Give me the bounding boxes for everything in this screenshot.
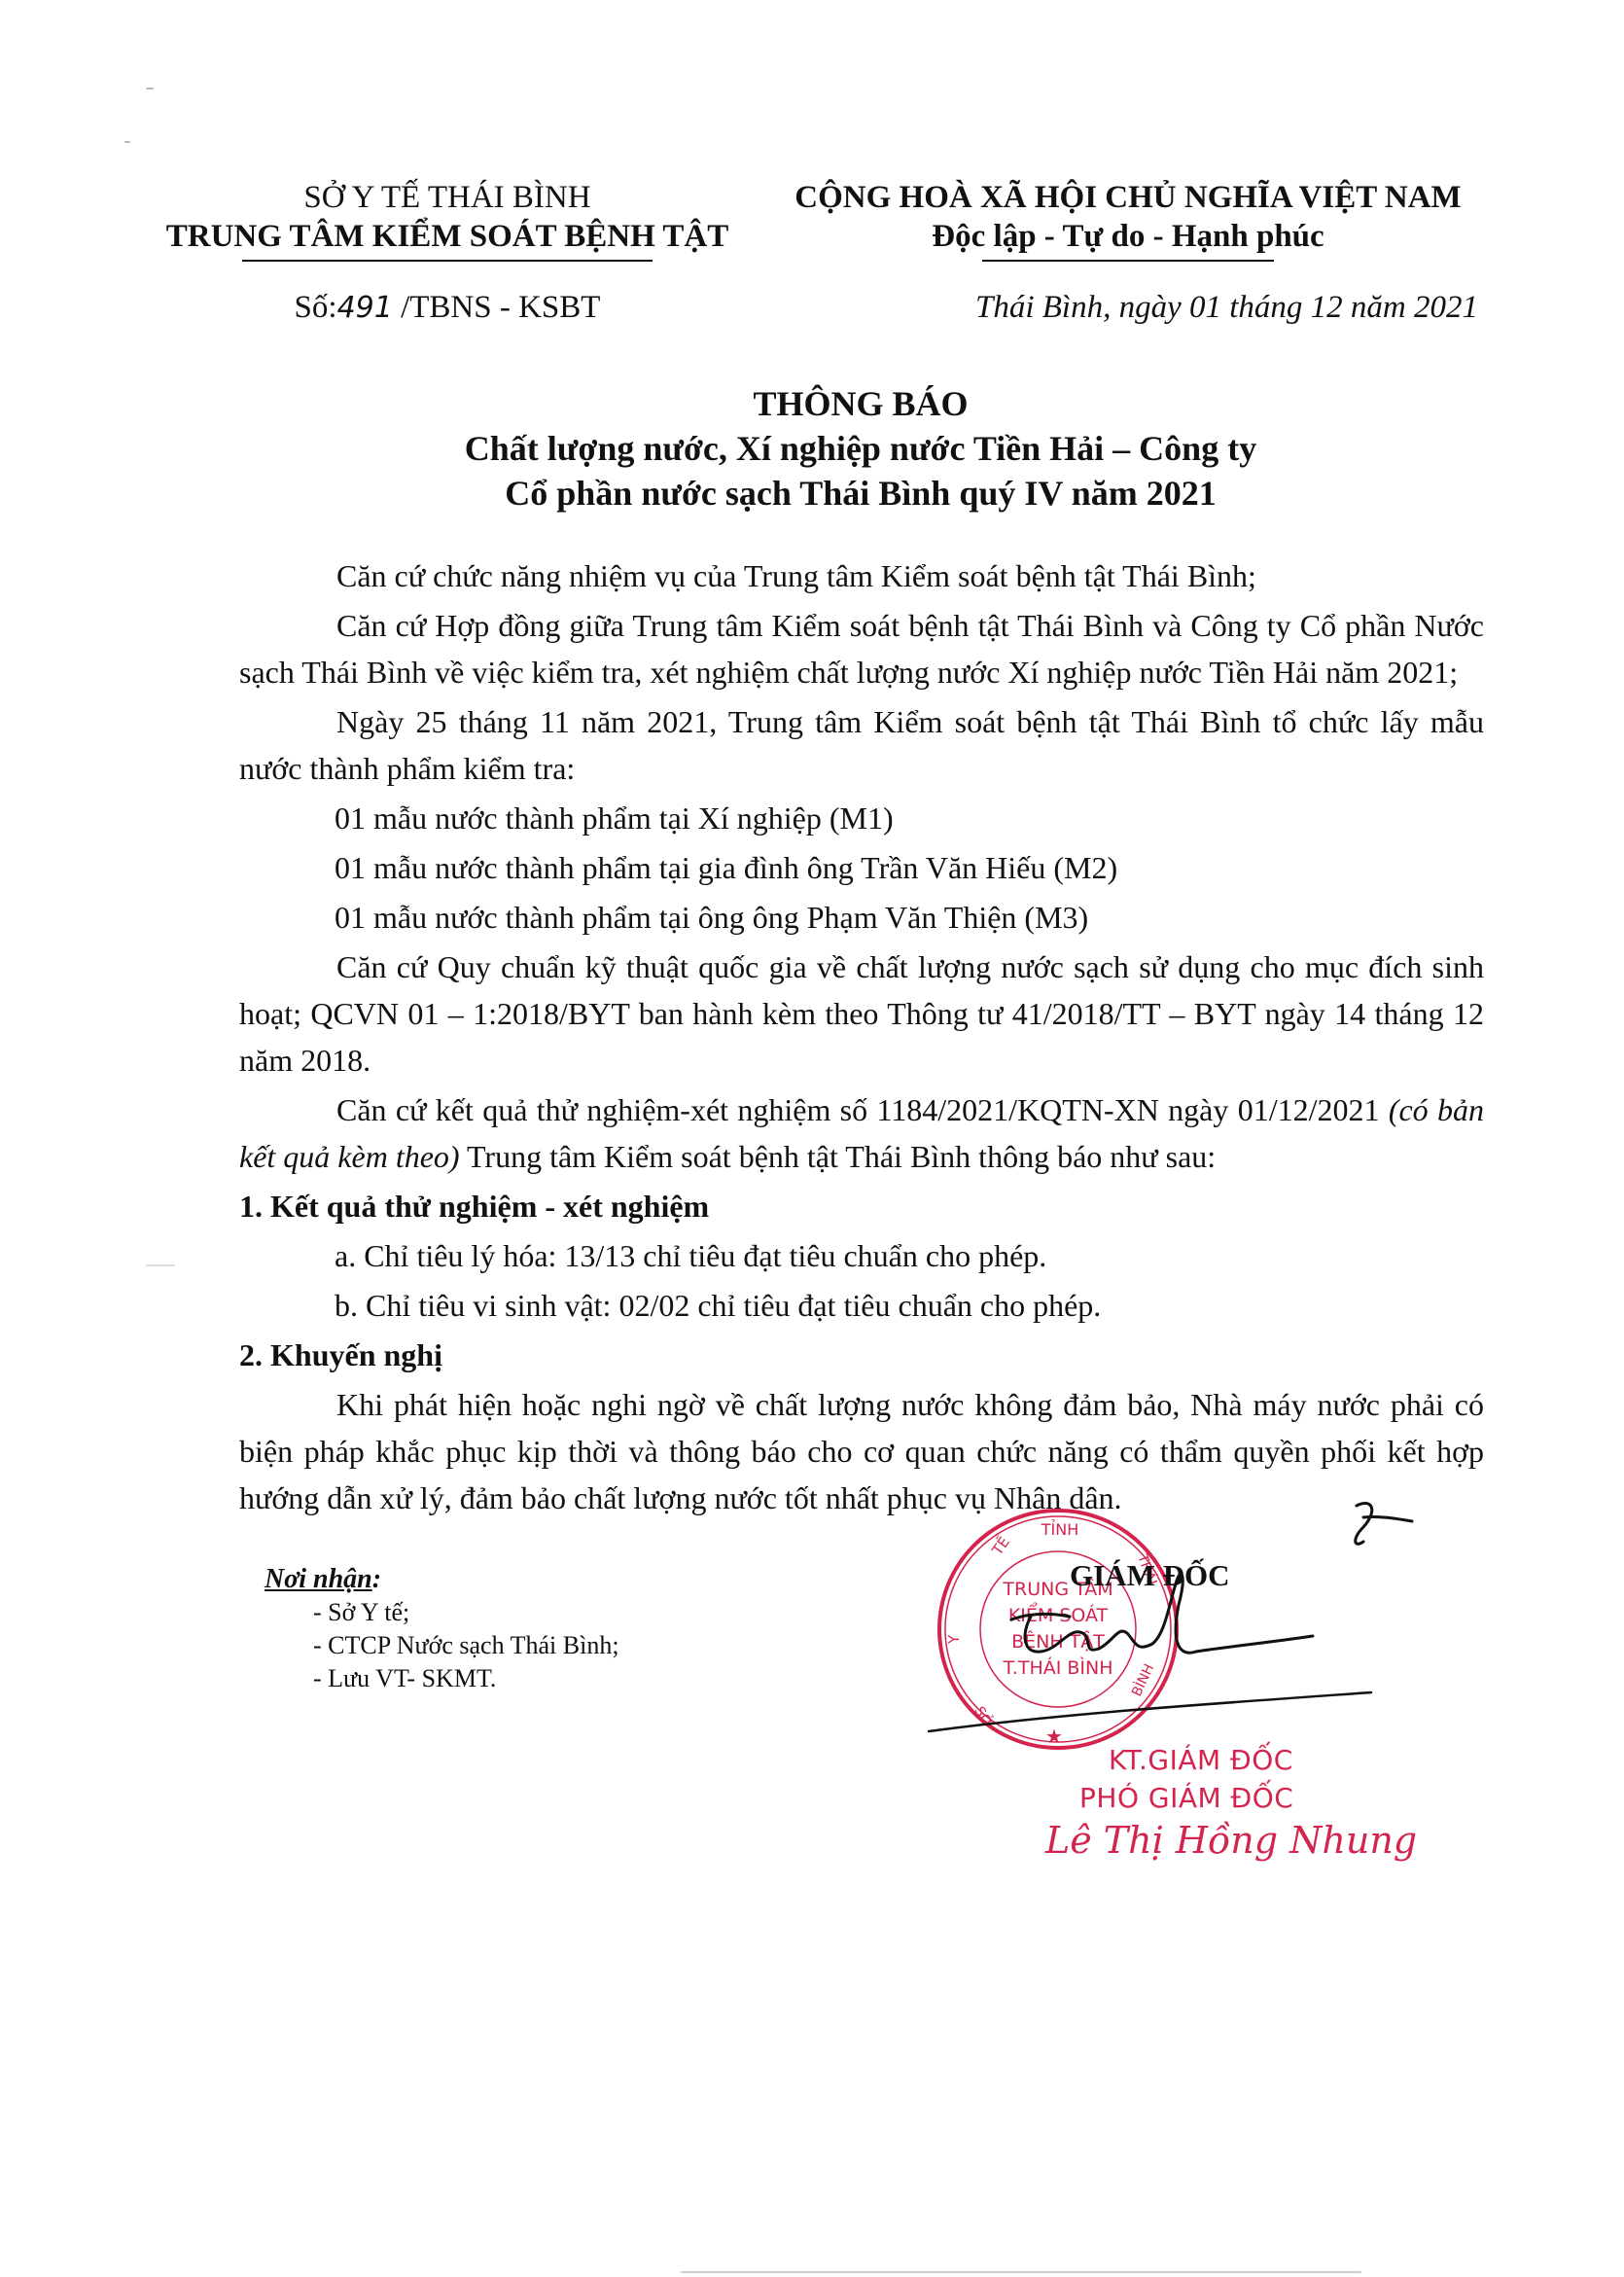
deputy-authority-stamp: KT.GIÁM ĐỐC <box>1109 1744 1293 1776</box>
paragraph-basis-1: Căn cứ chức năng nhiệm vụ của Trung tâm … <box>239 552 1484 599</box>
agency-name: TRUNG TÂM KIỂM SOÁT BỆNH TẬT <box>146 217 749 256</box>
issue-date: Thái Bình, ngày 01 tháng 12 năm 2021 <box>856 290 1478 326</box>
section-1-heading: 1. Kết quả thử nghiệm - xét nghiệm <box>239 1183 1484 1229</box>
paragraph-standard: Căn cứ Quy chuẩn kỹ thuật quốc gia về ch… <box>239 943 1484 1084</box>
agency-underline <box>242 260 653 262</box>
sample-item-m1: 01 mẫu nước thành phẩm tại Xí nghiệp (M1… <box>239 795 1484 841</box>
doc-number-handwritten: 491 <box>337 291 393 325</box>
section-2-heading: 2. Khuyến nghị <box>239 1332 1484 1378</box>
result-microbiological: b. Chỉ tiêu vi sinh vật: 02/02 chỉ tiêu … <box>239 1282 1484 1329</box>
test-result-basis-text: Căn cứ kết quả thử nghiệm-xét nghiệm số … <box>336 1092 1389 1127</box>
document-subject-line-2: Cổ phần nước sạch Thái Bình quý IV năm 2… <box>233 471 1488 516</box>
signer-name-stamp: Lê Thị Hồng Nhung <box>1045 1819 1417 1862</box>
result-physicochemical: a. Chỉ tiêu lý hóa: 13/13 chỉ tiêu đạt t… <box>239 1232 1484 1279</box>
national-header-block: CỘNG HOÀ XÃ HỘI CHỦ NGHĨA VIỆT NAM Độc l… <box>768 178 1488 262</box>
document-subject-line-1: Chất lượng nước, Xí nghiệp nước Tiền Hải… <box>233 426 1488 471</box>
doc-number-prefix: Số: <box>295 290 337 325</box>
sample-item-m2: 01 mẫu nước thành phẩm tại gia đình ông … <box>239 844 1484 891</box>
paragraph-basis-2: Căn cứ Hợp đồng giữa Trung tâm Kiểm soát… <box>239 602 1484 695</box>
svg-text:T.THÁI BÌNH: T.THÁI BÌNH <box>1002 1656 1112 1679</box>
paragraph-sampling: Ngày 25 tháng 11 năm 2021, Trung tâm Kiể… <box>239 698 1484 792</box>
document-number: Số:491 /TBNS - KSBT <box>146 290 749 326</box>
scan-artifact <box>146 88 154 89</box>
svg-text:BÌNH: BÌNH <box>1128 1661 1157 1699</box>
sample-item-m3: 01 mẫu nước thành phẩm tại ông ông Phạm … <box>239 894 1484 941</box>
paragraph-test-result-basis: Căn cứ kết quả thử nghiệm-xét nghiệm số … <box>239 1086 1484 1180</box>
motto-underline <box>982 260 1274 262</box>
scan-artifact <box>124 141 130 143</box>
svg-text:★: ★ <box>1045 1725 1063 1748</box>
document-title-block: THÔNG BÁO Chất lượng nước, Xí nghiệp nướ… <box>233 381 1488 516</box>
test-result-basis-end: Trung tâm Kiểm soát bệnh tật Thái Bình t… <box>460 1139 1217 1174</box>
svg-text:TỈNH: TỈNH <box>1041 1519 1079 1539</box>
scan-artifact <box>146 1264 175 1266</box>
issuing-agency-block: SỞ Y TẾ THÁI BÌNH TRUNG TÂM KIỂM SOÁT BỆ… <box>146 178 749 262</box>
document-body: Căn cứ chức năng nhiệm vụ của Trung tâm … <box>239 552 1484 1524</box>
recipient-item: - Lưu VT- SKMT. <box>265 1662 751 1695</box>
country-name: CỘNG HOÀ XÃ HỘI CHỦ NGHĨA VIỆT NAM <box>768 178 1488 217</box>
svg-text:Y: Y <box>945 1634 963 1645</box>
scan-edge <box>681 2271 1361 2273</box>
national-motto: Độc lập - Tự do - Hạnh phúc <box>768 217 1488 256</box>
document-type: THÔNG BÁO <box>233 381 1488 426</box>
doc-number-suffix: /TBNS - KSBT <box>393 290 601 325</box>
recipients-heading: Nơi nhận: <box>265 1563 751 1596</box>
deputy-title-stamp: PHÓ GIÁM ĐỐC <box>1079 1782 1293 1814</box>
signature-block: TỈNH TẾ Y SỞ THÁI BÌNH TRUNG TÂM KIỂM SO… <box>914 1488 1459 1897</box>
parent-agency: SỞ Y TẾ THÁI BÌNH <box>146 178 749 217</box>
signatory-position: GIÁM ĐỐC <box>1070 1558 1229 1593</box>
svg-text:TẾ: TẾ <box>986 1532 1014 1560</box>
recipient-item: - CTCP Nước sạch Thái Bình; <box>265 1629 751 1662</box>
recipients-block: Nơi nhận: - Sở Y tế; - CTCP Nước sạch Th… <box>265 1563 751 1695</box>
recipient-item: - Sở Y tế; <box>265 1596 751 1629</box>
